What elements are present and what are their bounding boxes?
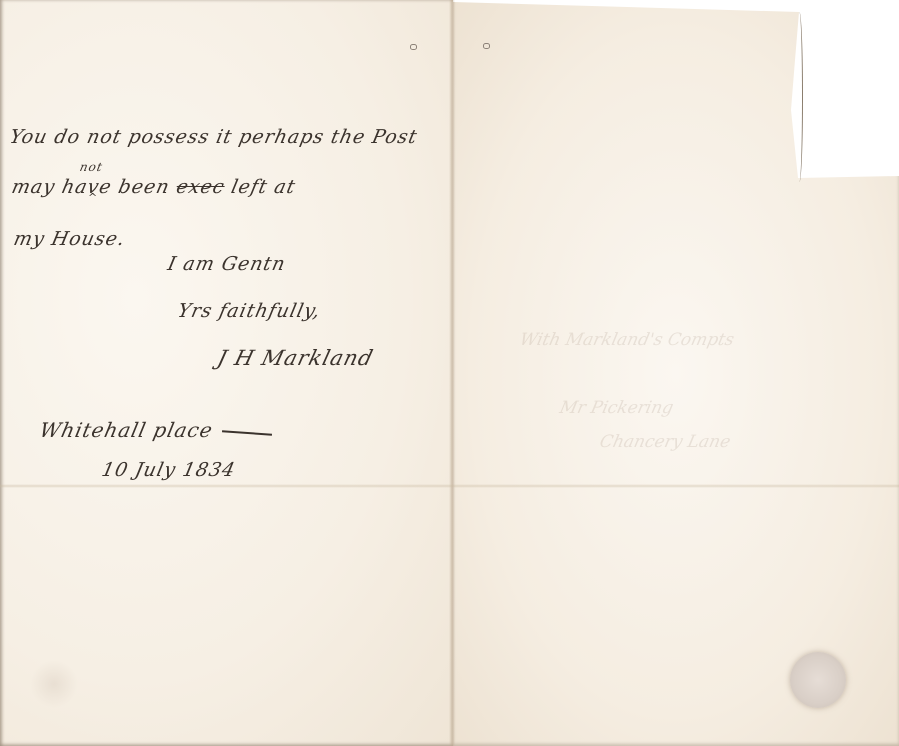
pinhole-icon [410,44,417,50]
closing-line-2: Yrs faithfully, [176,300,323,322]
struck-word: exec [174,176,227,198]
letter-line-1: You do not possess it perhaps the Post [8,126,420,148]
pinhole-icon [483,43,490,49]
date-line: 10 July 1834 [100,459,238,481]
torn-corner-edge [794,12,803,182]
bleed-through-line: With Markland's Compts [518,330,736,350]
bleed-through-line: Chancery Lane [598,432,732,452]
letter-line-3: my House. [12,228,128,250]
letter-line-2-end: left at [229,176,298,198]
closing-line-1: I am Gentn [166,253,288,275]
letter-line-2-start: may have been [10,176,172,198]
signature: J H Markland [215,346,376,370]
left-page [0,0,453,746]
horizontal-fold-line [0,484,899,488]
seal-stain [30,660,78,708]
wax-seal-residue [790,652,846,708]
letter-sheet: With Markland's Compts Mr Pickering Chan… [0,0,899,746]
place-line: Whitehall place [37,418,215,442]
vertical-fold-line [449,0,455,746]
inserted-word: not [79,160,105,174]
bleed-through-line: Mr Pickering [558,398,675,418]
letter-line-2: may have been exec left at [10,176,298,198]
right-page [453,0,899,746]
